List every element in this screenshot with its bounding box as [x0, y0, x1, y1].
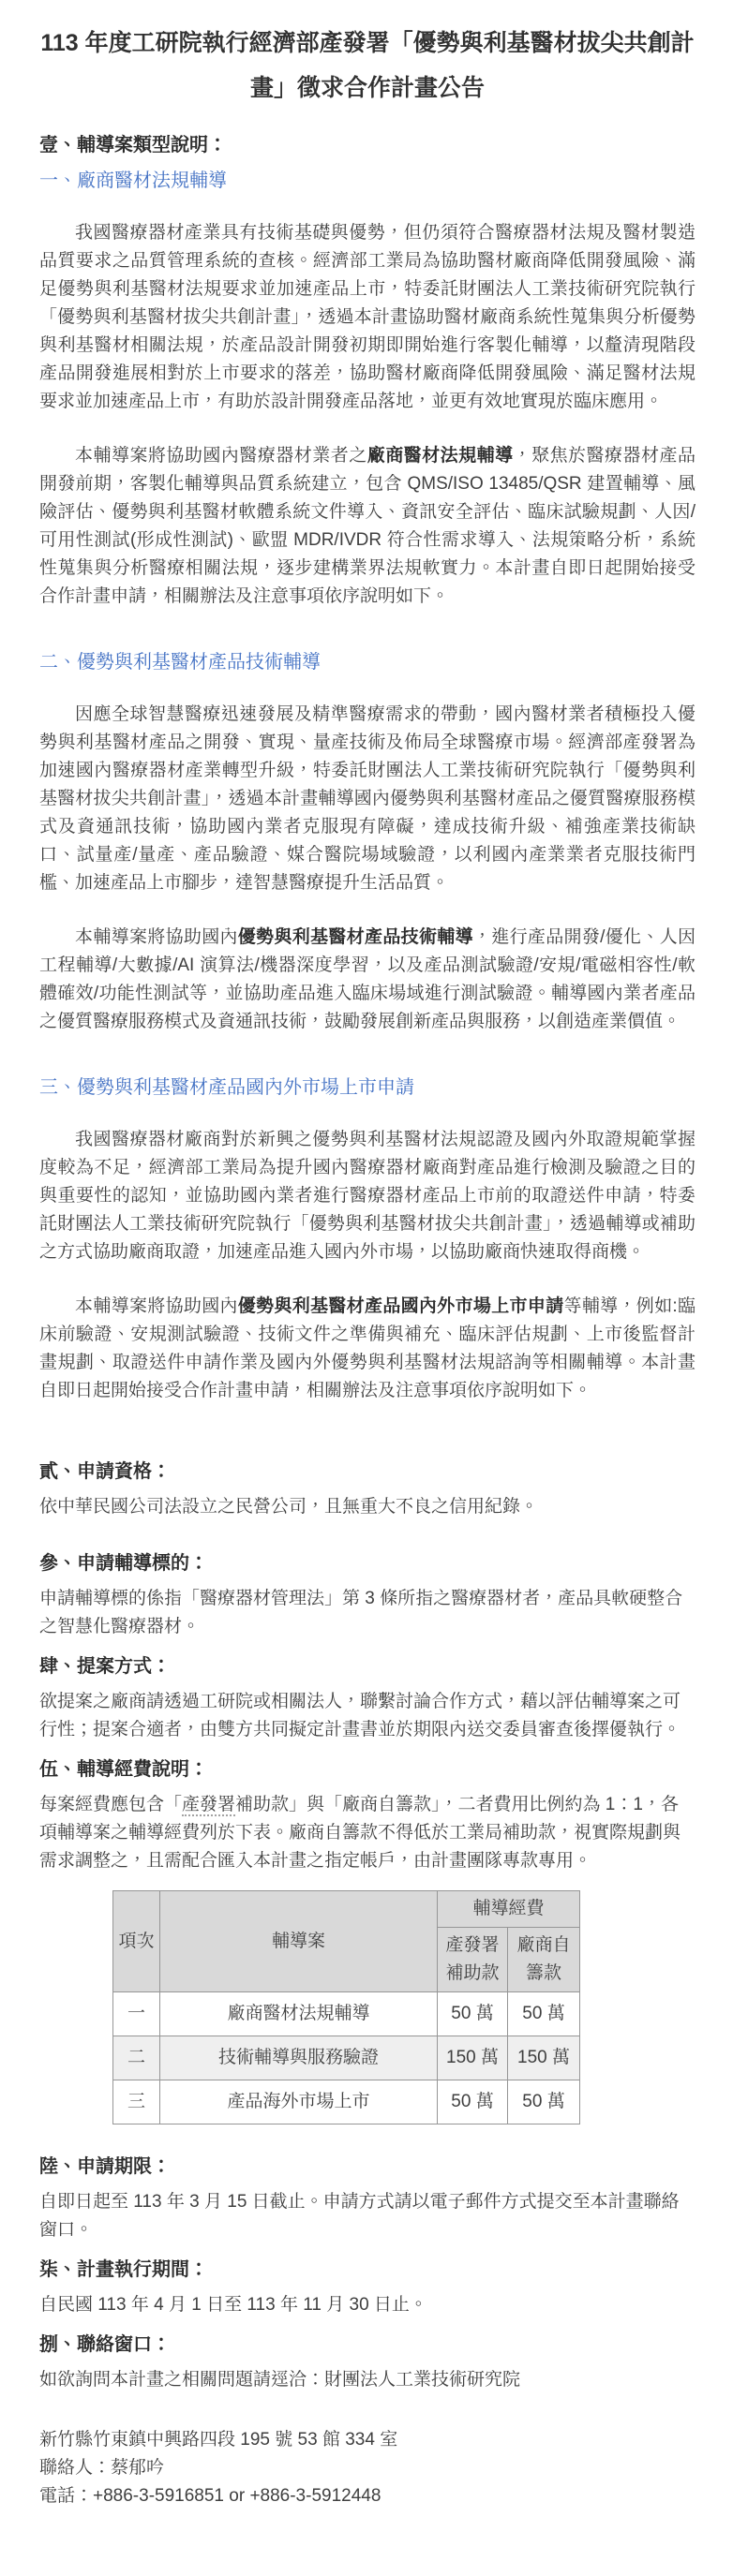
section-heading-8: 捌、聯絡窗口： — [39, 2331, 696, 2359]
table-row: 一 廠商醫材法規輔導 50 萬 50 萬 — [113, 1992, 580, 2036]
section-heading-5: 伍、輔導經費說明： — [39, 1755, 696, 1784]
paragraph: 本輔導案將協助國內優勢與利基醫材產品技術輔導，進行產品開發/優化、人因工程輔導/… — [39, 924, 696, 1036]
table-header-row: 項次 輔導案 輔導經費 — [113, 1891, 580, 1928]
section-heading-1: 壹、輔導案類型說明： — [39, 131, 696, 159]
cell-case-name: 廠商醫材法規輔導 — [160, 1992, 438, 2036]
section-heading-4: 肆、提案方式： — [39, 1652, 696, 1680]
cell-subsidy: 50 萬 — [438, 2080, 508, 2124]
paragraph: 我國醫療器材產業具有技術基礎與優勢，但仍須符合醫療器材法規及醫材製造品質要求之品… — [39, 219, 696, 416]
col-header-budget-group: 輔導經費 — [438, 1891, 580, 1928]
paragraph-text: 每案經費應包含「 — [39, 1795, 182, 1814]
announcement-document: 113 年度工研院執行經濟部產發署「優勢與利基醫材拔尖共創計畫」徵求合作計畫公告… — [0, 0, 733, 2576]
col-header-case: 輔導案 — [160, 1891, 438, 1992]
cell-item-no: 三 — [113, 2080, 160, 2124]
cell-self-funding: 50 萬 — [508, 1992, 580, 2036]
paragraph-text: 本輔導案將協助國內 — [75, 1296, 238, 1316]
col-header-self-funding: 廠商自籌款 — [508, 1928, 580, 1992]
paragraph: 本輔導案將協助國內醫療器材業者之廠商醫材法規輔導，聚焦於醫療器材產品開發前期，客… — [39, 442, 696, 611]
paragraph: 自即日起至 113 年 3 月 15 日截止。申請方式請以電子郵件方式提交至本計… — [39, 2188, 696, 2244]
section-heading-2: 貳、申請資格： — [39, 1458, 696, 1486]
subsection-heading-1-2: 二、優勢與利基醫材產品技術輔導 — [39, 648, 696, 676]
paragraph: 每案經費應包含「產發署補助款」與「廠商自籌款」，二者費用比例約為 1：1，各項輔… — [39, 1791, 696, 1875]
emphasized-term: 優勢與利基醫材產品國內外市場上市申請 — [238, 1296, 564, 1316]
cell-subsidy: 50 萬 — [438, 1992, 508, 2036]
paragraph-text: ，聚焦於醫療器材產品開發前期，客製化輔導與品質系統建立，包含 QMS/ISO 1… — [39, 446, 696, 606]
cell-item-no: 一 — [113, 1992, 160, 2036]
contact-phone: 電話：+886-3-5916851 or +886-3-5912448 — [39, 2482, 696, 2510]
subsection-heading-1-1: 一、廠商醫材法規輔導 — [39, 167, 696, 195]
paragraph: 我國醫療器材廠商對於新興之優勢與利基醫材法規認證及國內外取證規範掌握度較為不足，… — [39, 1126, 696, 1266]
section-heading-6: 陸、申請期限： — [39, 2153, 696, 2181]
cell-subsidy: 150 萬 — [438, 2036, 508, 2080]
emphasized-term: 廠商醫材法規輔導 — [367, 446, 514, 466]
proofing-underlined-term: 產發署 — [182, 1795, 235, 1816]
subsection-heading-1-3: 三、優勢與利基醫材產品國內外市場上市申請 — [39, 1073, 696, 1102]
cell-self-funding: 50 萬 — [508, 2080, 580, 2124]
cell-case-name: 技術輔導與服務驗證 — [160, 2036, 438, 2080]
paragraph: 本輔導案將協助國內優勢與利基醫材產品國內外市場上市申請等輔導，例如:臨床前驗證、… — [39, 1293, 696, 1405]
contact-block: 新竹縣竹東鎮中興路四段 195 號 53 館 334 室 聯絡人：蔡郁吟 電話：… — [39, 2426, 696, 2510]
paragraph-text: 本輔導案將協助國內 — [75, 927, 238, 947]
section-heading-3: 參、申請輔導標的： — [39, 1549, 696, 1577]
contact-address: 新竹縣竹東鎮中興路四段 195 號 53 館 334 室 — [39, 2426, 696, 2454]
paragraph: 欲提案之廠商請透過工研院或相關法人，聯繫討論合作方式，藉以評估輔導案之可行性；提… — [39, 1688, 696, 1744]
paragraph: 因應全球智慧醫療迅速發展及精準醫療需求的帶動，國內醫材業者積極投入優勢與利基醫材… — [39, 701, 696, 897]
cell-item-no: 二 — [113, 2036, 160, 2080]
col-header-subsidy: 產發署補助款 — [438, 1928, 508, 1992]
contact-person: 聯絡人：蔡郁吟 — [39, 2454, 696, 2482]
paragraph: 依中華民國公司法設立之民營公司，且無重大不良之信用紀錄。 — [39, 1493, 696, 1521]
paragraph: 自民國 113 年 4 月 1 日至 113 年 11 月 30 日止。 — [39, 2291, 696, 2319]
emphasized-term: 優勢與利基醫材產品技術輔導 — [238, 927, 473, 947]
paragraph: 申請輔導標的係指「醫療器材管理法」第 3 條所指之醫療器材者，產品具軟硬整合之智… — [39, 1585, 696, 1641]
funding-table: 項次 輔導案 輔導經費 產發署補助款 廠商自籌款 一 廠商醫材法規輔導 50 萬… — [112, 1890, 580, 2124]
paragraph: 如欲詢問本計畫之相關問題請逕洽：財團法人工業技術研究院 — [39, 2366, 696, 2394]
col-header-item-no: 項次 — [113, 1891, 160, 1992]
table-row: 三 產品海外市場上市 50 萬 50 萬 — [113, 2080, 580, 2124]
cell-self-funding: 150 萬 — [508, 2036, 580, 2080]
paragraph-text: 本輔導案將協助國內醫療器材業者之 — [75, 446, 367, 466]
page-title: 113 年度工研院執行經濟部產發署「優勢與利基醫材拔尖共創計畫」徵求合作計畫公告 — [39, 21, 696, 111]
section-heading-7: 柒、計畫執行期間： — [39, 2256, 696, 2284]
cell-case-name: 產品海外市場上市 — [160, 2080, 438, 2124]
table-row: 二 技術輔導與服務驗證 150 萬 150 萬 — [113, 2036, 580, 2080]
